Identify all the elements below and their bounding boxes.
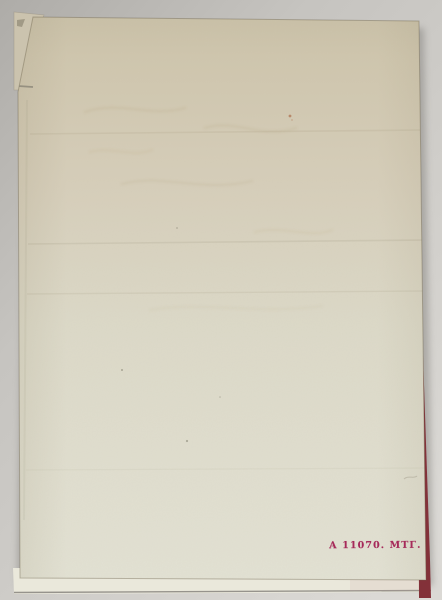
inventory-stamp: А 11070. МТГ.: [329, 540, 422, 551]
paper-grain: [0, 0, 442, 600]
photo-of-card-back: А 11070. МТГ.: [0, 0, 442, 600]
paper-stack-illustration: [0, 0, 442, 600]
main-sheet: [0, 0, 442, 600]
